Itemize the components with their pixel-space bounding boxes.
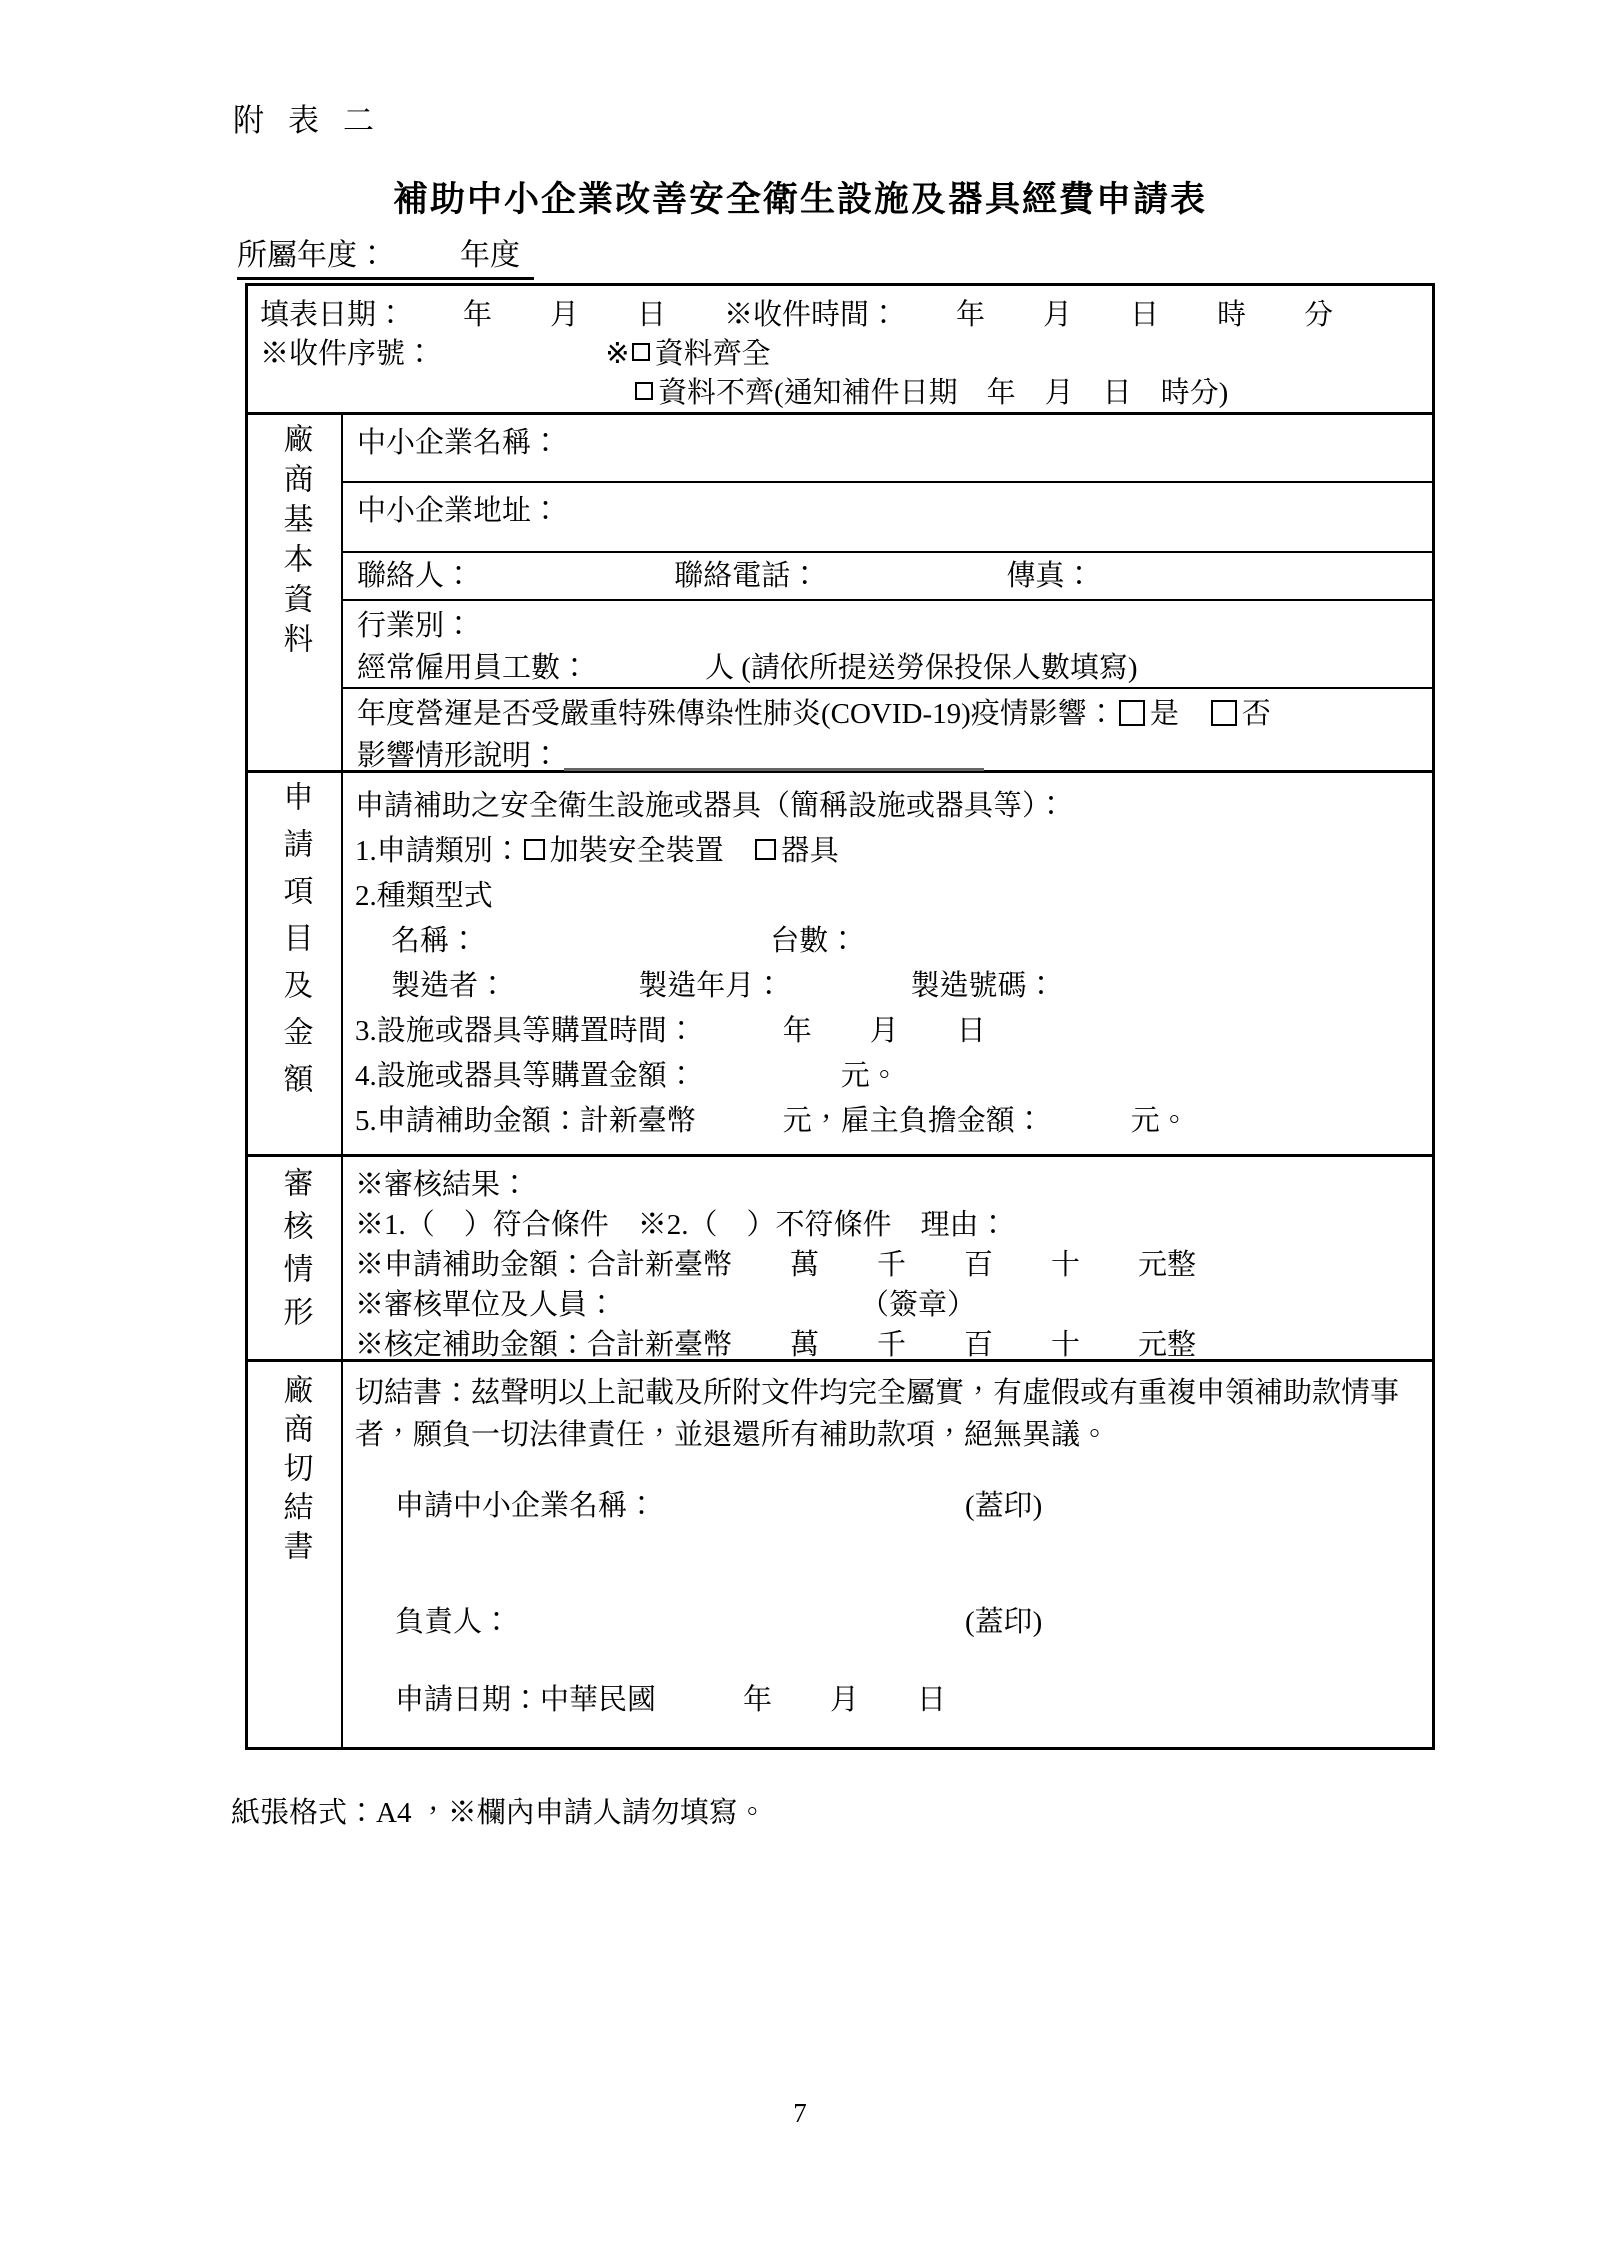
data-incomplete-checkbox[interactable] (635, 382, 653, 400)
covid-description-label: 影響情形說明： (357, 740, 560, 772)
reviewer-seal-label: （簽章） (860, 1289, 976, 1321)
affidavit-section: 廠商切結書 切結書：茲聲明以上記載及所附文件均完全屬實，有虛假或有重複申領補助款… (248, 1359, 1432, 1747)
covid-yes-label: 是 (1150, 698, 1179, 730)
incomplete-line: 資料不齊(通知補件日期 年 月 日 時分) (633, 374, 1432, 413)
approved-amount-line: ※核定補助金額：合計新臺幣 萬 千 百 十 元整 (355, 1325, 1432, 1365)
covid-impact-row: 年度營運是否受嚴重特殊傳染性肺炎(COVID-19)疫情影響：是 否 影響情形說… (343, 687, 1432, 773)
equipment-units-label: 台數： (770, 925, 857, 957)
affidavit-owner-line: 負責人：(蓋印) (355, 1602, 1416, 1642)
affidavit-content: 切結書：茲聲明以上記載及所附文件均完全屬實，有虛假或有重複申領補助款情事者，願負… (343, 1362, 1432, 1747)
category-line: 1.申請類別：加裝安全裝置 器具 (355, 829, 1432, 874)
company-name-row: 中小企業名稱： (343, 415, 1432, 481)
maker-label: 製造者： (391, 964, 631, 1009)
application-section-label: 申請項目及金額 (273, 773, 317, 1154)
affidavit-company-seal-label: (蓋印) (965, 1490, 1042, 1522)
type-line: 2.種類型式 (355, 874, 1432, 919)
application-intro-line: 申請補助之安全衛生設施或器具（簡稱設施或器具等）： (355, 784, 1432, 829)
review-section-label-column: 審核情形 (248, 1157, 343, 1359)
review-result-line: ※審核結果： (355, 1165, 1432, 1205)
basic-info-section: 廠商基本資料 中小企業名稱： 中小企業地址： 聯絡人： 聯絡電話： 傳真： 行業… (248, 412, 1432, 770)
basic-info-section-label: 廠商基本資料 (273, 415, 317, 770)
category-safety-device-checkbox[interactable] (524, 839, 545, 860)
affidavit-owner-seal-label: (蓋印) (965, 1606, 1042, 1638)
maker-line: 製造者： 製造年月： 製造號碼： (355, 964, 1432, 1009)
fiscal-year-underline: 所屬年度： 年度 (237, 230, 534, 280)
fill-date-line: 填表日期： 年 月 日 ※收件時間： 年 月 日 時 分 (260, 296, 1432, 335)
covid-no-checkbox[interactable] (1211, 700, 1237, 726)
name-units-line: 名稱： 台數： (355, 919, 1432, 964)
covid-question-line: 年度營運是否受嚴重特殊傳染性肺炎(COVID-19)疫情影響：是 否 (357, 693, 1422, 735)
fiscal-year-label: 所屬年度： (237, 239, 387, 272)
contact-person-label: 聯絡人： (357, 558, 667, 594)
fiscal-year-line: 所屬年度： 年度 (237, 230, 534, 280)
purchase-time-line: 3.設施或器具等購置時間： 年 月 日 (355, 1009, 1432, 1054)
affidavit-date-line: 申請日期：中華民國 年 月 日 (355, 1680, 1416, 1720)
data-complete-label: 資料齊全 (655, 338, 771, 370)
application-form-table: 填表日期： 年 月 日 ※收件時間： 年 月 日 時 分 ※收件序號： ※資料齊… (245, 283, 1435, 1750)
affidavit-statement: 切結書：茲聲明以上記載及所附文件均完全屬實，有虛假或有重複申領補助款情事者，願負… (355, 1372, 1416, 1456)
make-date-label: 製造年月： (638, 964, 903, 1009)
industry-row: 行業別： 經常僱用員工數： 人 (請依所提送勞保投保人數填寫) (343, 599, 1432, 687)
application-section-label-column: 申請項目及金額 (248, 773, 343, 1154)
serial-no-label: 製造號碼： (911, 970, 1056, 1002)
data-complete-checkbox[interactable] (632, 343, 650, 361)
page-number: 7 (0, 2098, 1600, 2129)
reception-section: 填表日期： 年 月 日 ※收件時間： 年 月 日 時 分 ※收件序號： ※資料齊… (248, 286, 1432, 412)
fiscal-year-unit: 年度 (460, 239, 520, 272)
reviewer-line: ※審核單位及人員：（簽章） (355, 1285, 1432, 1325)
application-content: 申請補助之安全衛生設施或器具（簡稱設施或器具等）： 1.申請類別：加裝安全裝置 … (343, 773, 1432, 1154)
review-content: ※審核結果： ※1.（ ）符合條件 ※2.（ ）不符條件 理由： ※申請補助金額… (343, 1157, 1432, 1359)
affidavit-section-label: 廠商切結書 (273, 1362, 317, 1747)
category-equipment-label: 器具 (781, 835, 839, 867)
basic-info-content: 中小企業名稱： 中小企業地址： 聯絡人： 聯絡電話： 傳真： 行業別： 經常僱用… (343, 415, 1432, 770)
purchase-amount-line: 4.設施或器具等購置金額： 元。 (355, 1054, 1432, 1099)
company-address-label: 中小企業地址： (357, 495, 560, 527)
paper-format-note: 紙張格式：A4 ，※欄內申請人請勿填寫。 (231, 1790, 767, 1831)
employees-line: 經常僱用員工數： 人 (請依所提送勞保投保人數填寫) (357, 647, 1422, 689)
company-address-row: 中小企業地址： (343, 481, 1432, 551)
applied-amount-line: ※申請補助金額：合計新臺幣 萬 千 百 十 元整 (355, 1245, 1432, 1285)
industry-label: 行業別： (357, 605, 1422, 647)
data-complete-prefix: ※ (605, 338, 629, 370)
fax-label: 傳真： (1007, 560, 1094, 592)
receipt-serial-label: ※收件序號： (260, 335, 598, 374)
form-title: 補助中小企業改善安全衛生設施及器具經費申請表 (0, 172, 1600, 222)
attachment-label: 附表二 (233, 95, 398, 140)
covid-description-blank[interactable] (564, 738, 984, 771)
review-section: 審核情形 ※審核結果： ※1.（ ）符合條件 ※2.（ ）不符條件 理由： ※申… (248, 1154, 1432, 1359)
affidavit-company-line: 申請中小企業名稱：(蓋印) (355, 1486, 1416, 1526)
covid-question-label: 年度營運是否受嚴重特殊傳染性肺炎(COVID-19)疫情影響： (357, 698, 1116, 730)
affidavit-section-label-column: 廠商切結書 (248, 1362, 343, 1747)
covid-description-line: 影響情形說明： (357, 735, 1422, 777)
review-section-label: 審核情形 (273, 1157, 317, 1359)
application-items-section: 申請項目及金額 申請補助之安全衛生設施或器具（簡稱設施或器具等）： 1.申請類別… (248, 770, 1432, 1154)
serial-line: ※收件序號： ※資料齊全 (260, 335, 1432, 374)
subsidy-amount-line: 5.申請補助金額：計新臺幣 元，雇主負擔金額： 元。 (355, 1099, 1432, 1144)
review-condition-line: ※1.（ ）符合條件 ※2.（ ）不符條件 理由： (355, 1205, 1432, 1245)
document-page: 附表二 補助中小企業改善安全衛生設施及器具經費申請表 所屬年度： 年度 填表日期… (0, 0, 1600, 2263)
contact-row: 聯絡人： 聯絡電話： 傳真： (343, 551, 1432, 599)
affidavit-owner-label: 負責人： (395, 1602, 965, 1642)
contact-phone-label: 聯絡電話： (674, 558, 999, 594)
category-safety-device-label: 加裝安全裝置 (550, 835, 724, 867)
reviewer-label: ※審核單位及人員： (355, 1285, 860, 1325)
category-label: 1.申請類別： (355, 835, 522, 867)
affidavit-company-label: 申請中小企業名稱： (395, 1486, 965, 1526)
basic-info-section-label-column: 廠商基本資料 (248, 415, 343, 770)
category-equipment-checkbox[interactable] (755, 839, 776, 860)
data-incomplete-label: 資料不齊(通知補件日期 年 月 日 時分) (658, 377, 1228, 409)
covid-no-label: 否 (1242, 698, 1271, 730)
equipment-name-label: 名稱： (391, 919, 763, 964)
covid-yes-checkbox[interactable] (1119, 700, 1145, 726)
company-name-label: 中小企業名稱： (357, 427, 560, 459)
